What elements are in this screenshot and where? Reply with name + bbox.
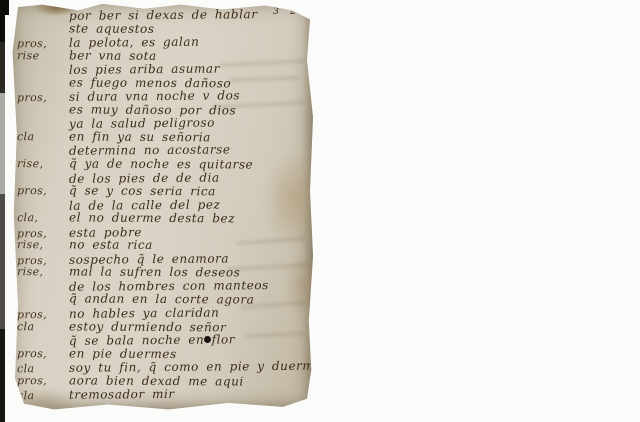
speaker-label: cla bbox=[17, 320, 69, 334]
speaker-label: rise, bbox=[17, 265, 69, 279]
speaker-label: pros, bbox=[17, 374, 69, 388]
verse-block: por ber si dexas de hablar3 2 ste aquest… bbox=[17, 9, 310, 402]
speaker-label: cla bbox=[17, 130, 69, 144]
speaker-label: rise, bbox=[17, 157, 69, 171]
verse-text: ste aquestos bbox=[69, 22, 155, 36]
speaker-label: rise bbox=[17, 49, 69, 63]
verse-text: no esta rica bbox=[69, 239, 153, 253]
verse-text: q̃ ya de noche es quitarse bbox=[69, 157, 253, 172]
manuscript-scan: por ber si dexas de hablar3 2 ste aquest… bbox=[0, 0, 640, 422]
left-page-photo: por ber si dexas de hablar3 2 ste aquest… bbox=[0, 0, 318, 422]
verse-line: clatremosador mir bbox=[17, 387, 310, 403]
speaker-label: pros, bbox=[17, 347, 69, 361]
verse-text: ber vna sota bbox=[69, 49, 157, 63]
scan-edge bbox=[0, 0, 5, 422]
superscript-note: 3 2 bbox=[273, 5, 300, 19]
verse-text: q̃ se y cos seria rica bbox=[69, 185, 216, 199]
speaker-label: rise, bbox=[17, 238, 69, 252]
speaker-label: cla bbox=[17, 389, 69, 403]
verse-text: tremosador mir bbox=[69, 388, 175, 402]
verse-text: el no duerme desta bez bbox=[69, 212, 235, 226]
right-page-photo: M. 42.‒ 42 1 la famosa comedia de mujere… bbox=[318, 0, 640, 422]
left-page: por ber si dexas de hablar3 2 ste aquest… bbox=[12, 3, 313, 411]
scan-edge-notch bbox=[0, 0, 9, 15]
speaker-label: pros, bbox=[17, 184, 69, 198]
speaker-label: cla, bbox=[17, 211, 69, 225]
